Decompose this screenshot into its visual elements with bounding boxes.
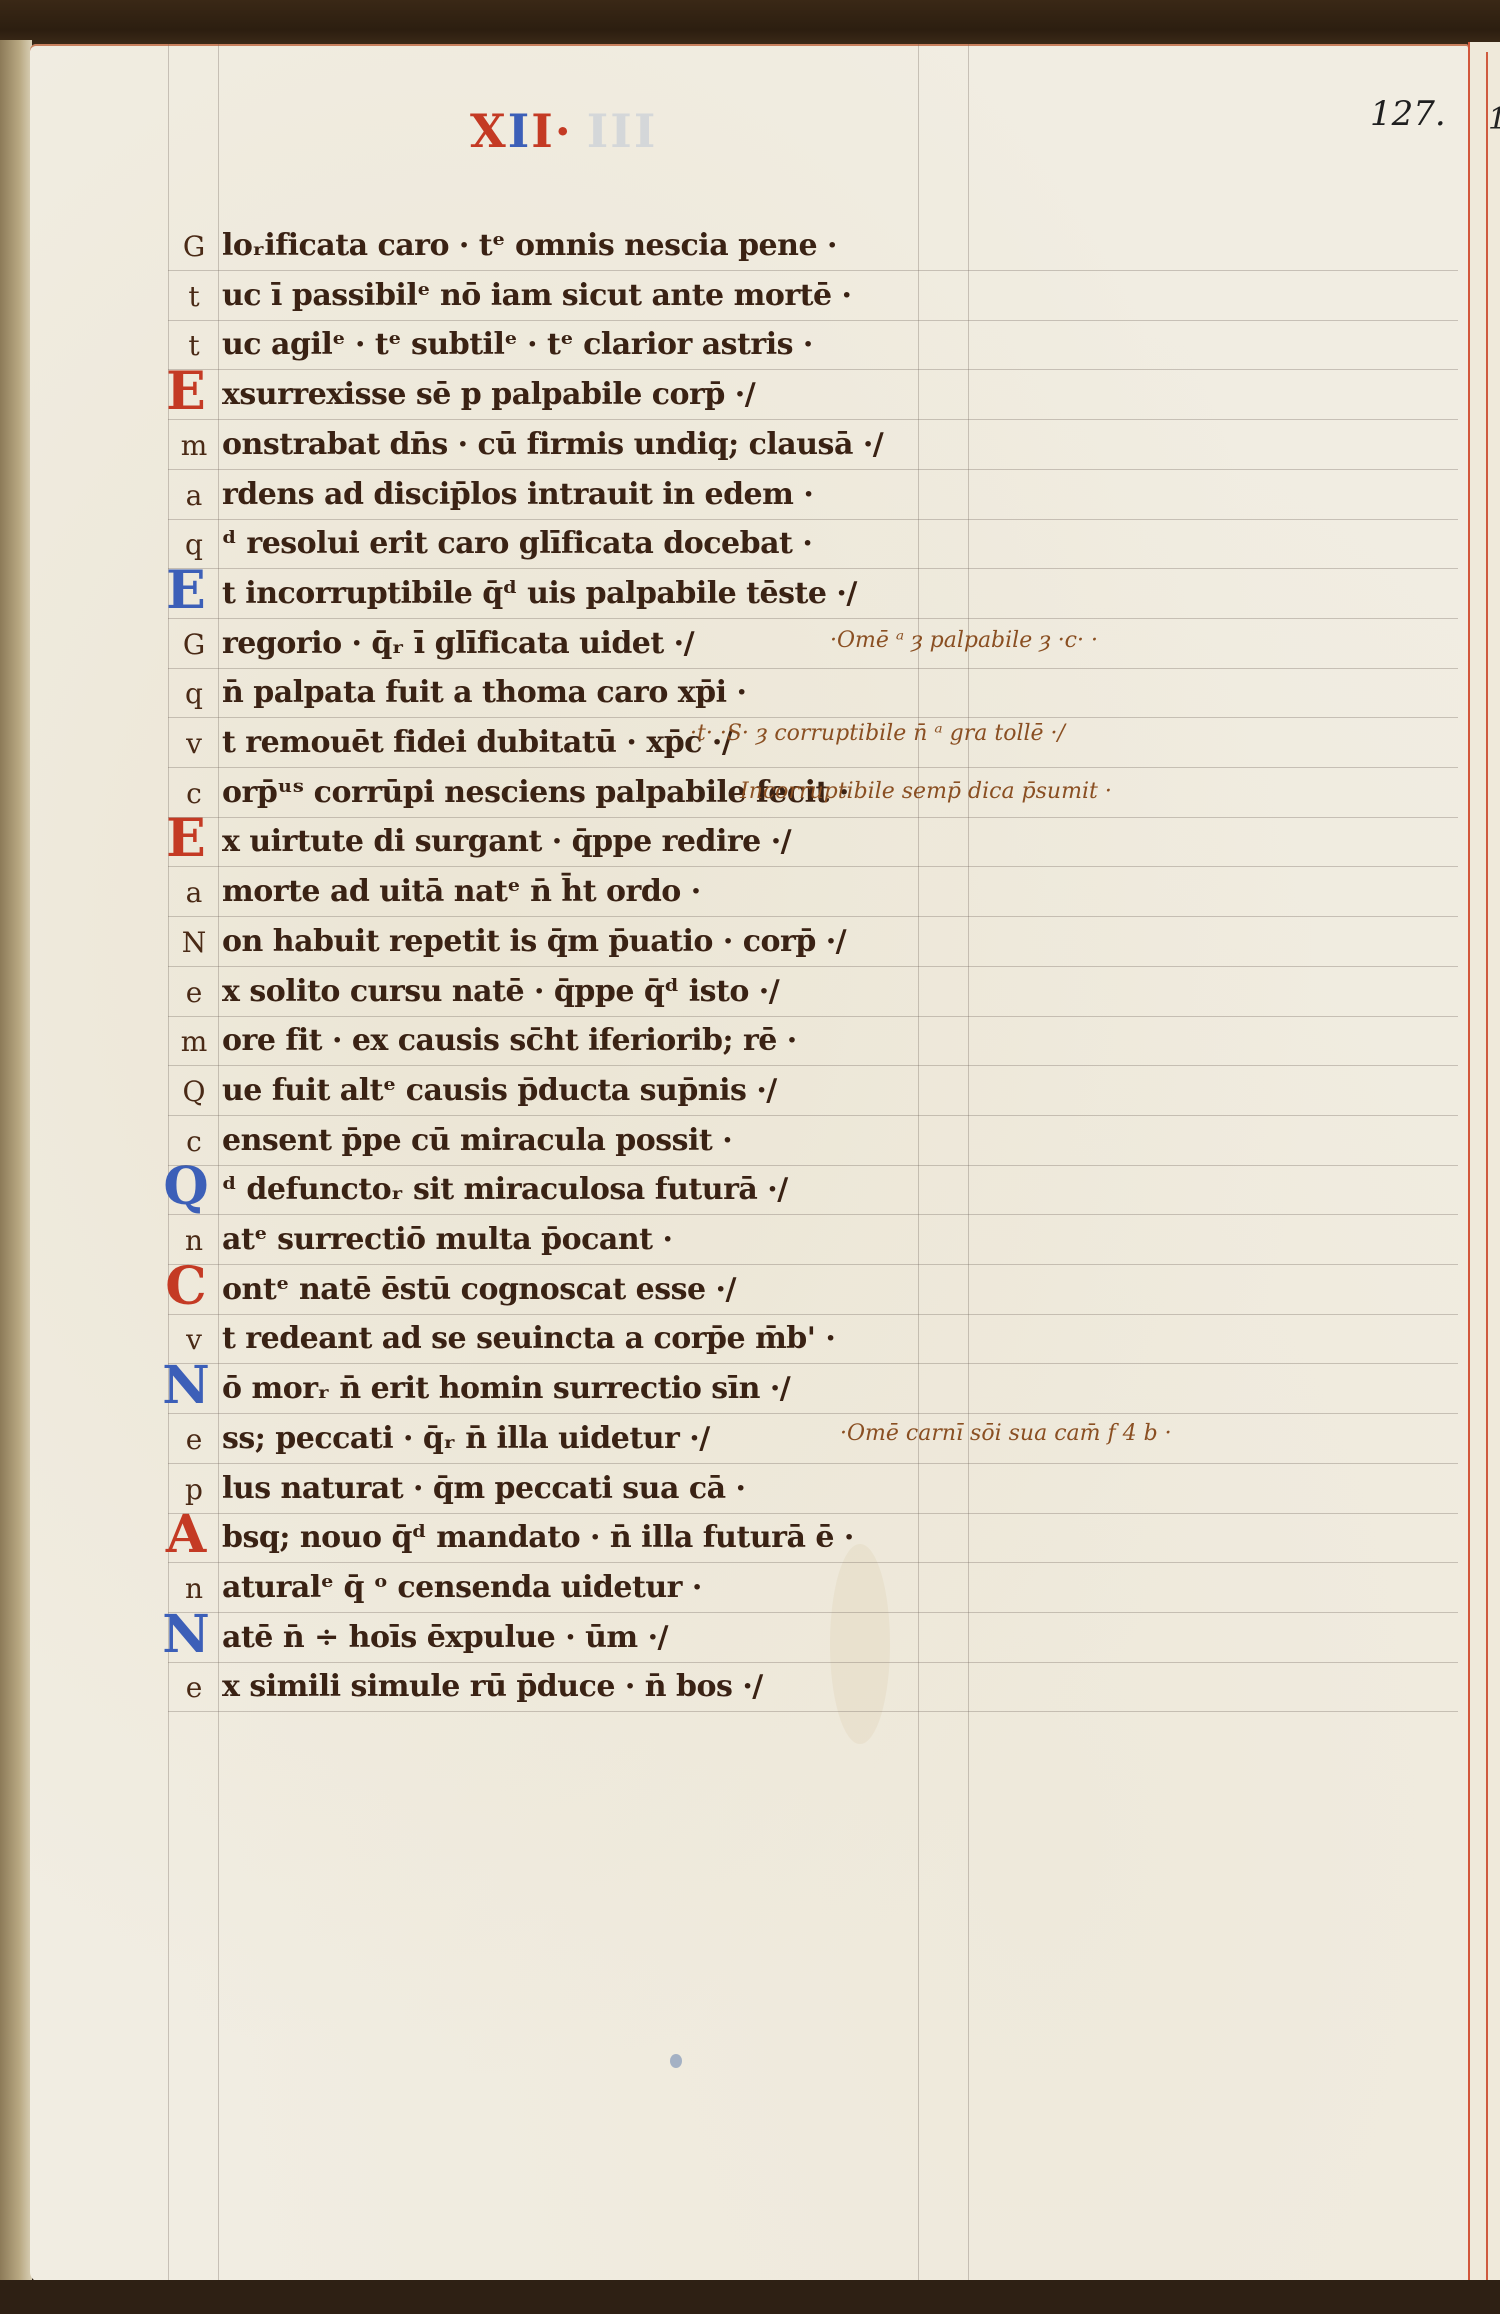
chapter-heading: XII·III bbox=[470, 104, 657, 158]
guide-letter: e bbox=[170, 1671, 218, 1704]
manuscript-line: naturalᵉ q̄ ᵒ censenda uidetur · bbox=[170, 1566, 930, 1616]
ruling-line bbox=[168, 1463, 1458, 1464]
line-text: xsurrexisse sē p palpabile corp̄ ·/ bbox=[222, 377, 755, 412]
guide-letter: a bbox=[170, 876, 218, 909]
line-text: on habuit repetit is q̄m p̄uatio · corp̄… bbox=[222, 924, 846, 959]
line-text: x simili simule rū p̄duce · n̄ bos ·/ bbox=[222, 1669, 763, 1704]
line-text: ore fit · ex causis sc̄ht iferiorib; rē … bbox=[222, 1023, 797, 1058]
line-text: n̄ palpata fuit a thoma caro xp̄i · bbox=[222, 675, 746, 710]
line-text: ontᵉ natē ēstū cognoscat esse ·/ bbox=[222, 1272, 736, 1307]
manuscript-line: ardens ad discip̄los intrauit in edem · bbox=[170, 473, 930, 523]
manuscript-line: Natē n̄ ÷ hoīs ēxpulue · ūm ·/ bbox=[170, 1616, 930, 1666]
line-text: loᵣificata caro · tᵉ omnis nescia pene · bbox=[222, 228, 837, 263]
ruling-line bbox=[168, 717, 1458, 718]
line-text: atᵉ surrectiō multa p̄ocant · bbox=[222, 1222, 672, 1257]
line-text: ue fuit altᵉ causis p̄ducta sup̄nis ·/ bbox=[222, 1073, 777, 1108]
guide-letter: c bbox=[170, 1125, 218, 1158]
ruling-line bbox=[168, 1513, 1458, 1514]
ruling-line bbox=[168, 1363, 1458, 1364]
ruling-line bbox=[168, 1065, 1458, 1066]
ruling-line bbox=[168, 866, 1458, 867]
guide-letter: v bbox=[170, 1323, 218, 1356]
line-text: ensent p̄pe cū miracula possit · bbox=[222, 1123, 732, 1158]
line-text: ō morᵣ n̄ erit homin surrectio sīn ·/ bbox=[222, 1371, 790, 1406]
guide-letter: m bbox=[170, 1025, 218, 1058]
ruling-line bbox=[168, 916, 1458, 917]
line-text: onstrabat dn̄s · cū firmis undiq; clausā… bbox=[222, 427, 883, 462]
manuscript-line: Que fuit altᵉ causis p̄ducta sup̄nis ·/ bbox=[170, 1069, 930, 1119]
guide-letter: n bbox=[170, 1572, 218, 1605]
next-leaf-number: 12 bbox=[1488, 102, 1500, 137]
guide-letter: G bbox=[170, 628, 218, 661]
manuscript-line: Absq; nouo q̄ᵈ mandato · n̄ illa futurā … bbox=[170, 1516, 930, 1566]
ink-spot bbox=[670, 2054, 682, 2068]
line-text: ᵈ resolui erit caro glīficata docebat · bbox=[222, 526, 812, 561]
line-text: uc ī passibilᵉ nō iam sicut ante mortē · bbox=[222, 278, 851, 313]
manuscript-line: Nō morᵣ n̄ erit homin surrectio sīn ·/ bbox=[170, 1367, 930, 1417]
ruling-line bbox=[168, 1165, 1458, 1166]
manuscript-line: monstrabat dn̄s · cū firmis undiq; claus… bbox=[170, 423, 930, 473]
manuscript-line: Exsurrexisse sē p palpabile corp̄ ·/ bbox=[170, 373, 930, 423]
marginal-gloss: Incorruptibile semp̄ dica p̄sumit · bbox=[740, 779, 1112, 804]
line-text: x solito cursu natē · q̄ppe q̄ᵈ isto ·/ bbox=[222, 974, 779, 1009]
guide-letter: c bbox=[170, 777, 218, 810]
line-text: t redeant ad se seuincta a corp̄e m̄b' · bbox=[222, 1321, 835, 1356]
ruling-line bbox=[168, 1016, 1458, 1017]
ruling-line bbox=[168, 1314, 1458, 1315]
red-page-edge bbox=[1486, 52, 1488, 2302]
guide-letter: p bbox=[170, 1473, 218, 1506]
ruling-line bbox=[168, 270, 1458, 271]
manuscript-line: Contᵉ natē ēstū cognoscat esse ·/ bbox=[170, 1268, 930, 1318]
marginal-gloss: ·Omē carnī sōi sua cam̄ f 4 b · bbox=[840, 1421, 1172, 1446]
manuscript-line: qᵈ resolui erit caro glīficata docebat · bbox=[170, 522, 930, 572]
line-text: ss; peccati · q̄ᵣ n̄ illa uidetur ·/ bbox=[222, 1421, 710, 1456]
manuscript-line: natᵉ surrectiō multa p̄ocant · bbox=[170, 1218, 930, 1268]
ruling-line bbox=[168, 1214, 1458, 1215]
manuscript-line: amorte ad uitā natᵉ n̄ h̄t ordo · bbox=[170, 870, 930, 920]
manuscript-page: 127. XII·III Gloᵣificata caro · tᵉ omnis… bbox=[30, 44, 1468, 2282]
ruling-line bbox=[168, 419, 1458, 420]
guide-letter: N bbox=[170, 926, 218, 959]
manuscript-line: plus naturat · q̄m peccati sua cā · bbox=[170, 1467, 930, 1517]
chapter-heading-blue: I bbox=[508, 104, 532, 158]
ruling-line bbox=[168, 519, 1458, 520]
manuscript-line: ess; peccati · q̄ᵣ n̄ illa uidetur ·/ bbox=[170, 1417, 930, 1467]
line-text: x uirtute di surgant · q̄ppe redire ·/ bbox=[222, 824, 791, 859]
manuscript-line: Gregorio · q̄ᵣ ī glīficata uidet ·/ bbox=[170, 622, 930, 672]
line-text: bsq; nouo q̄ᵈ mandato · n̄ illa futurā ē… bbox=[222, 1520, 854, 1555]
line-text: morte ad uitā natᵉ n̄ h̄t ordo · bbox=[222, 874, 701, 909]
manuscript-line: Et incorruptibile q̄ᵈ uis palpabile tēst… bbox=[170, 572, 930, 622]
guide-letter: G bbox=[170, 230, 218, 263]
manuscript-line: tuc agilᵉ · tᵉ subtilᵉ · tᵉ clarior astr… bbox=[170, 323, 930, 373]
book-gutter bbox=[0, 40, 32, 2280]
ruling-line bbox=[168, 320, 1458, 321]
chapter-heading-red: X bbox=[470, 104, 508, 158]
guide-letter: q bbox=[170, 677, 218, 710]
line-text: t remouēt fidei dubitatū · xp̄c ·/ bbox=[222, 725, 732, 760]
ruling-line bbox=[168, 668, 1458, 669]
line-text: regorio · q̄ᵣ ī glīficata uidet ·/ bbox=[222, 626, 694, 661]
ruling-line bbox=[168, 568, 1458, 569]
manuscript-line: vt redeant ad se seuincta a corp̄e m̄b' … bbox=[170, 1317, 930, 1367]
ruling-line bbox=[168, 369, 1458, 370]
manuscript-line: Ex uirtute di surgant · q̄ppe redire ·/ bbox=[170, 820, 930, 870]
manuscript-line: tuc ī passibilᵉ nō iam sicut ante mortē … bbox=[170, 274, 930, 324]
ruling-line bbox=[168, 618, 1458, 619]
manuscript-line: Gloᵣificata caro · tᵉ omnis nescia pene … bbox=[170, 224, 930, 274]
ruling-line bbox=[168, 469, 1458, 470]
line-text: ᵈ defunctoᵣ sit miraculosa futurā ·/ bbox=[222, 1172, 788, 1207]
ruling-line bbox=[168, 1413, 1458, 1414]
line-text: lus naturat · q̄m peccati sua cā · bbox=[222, 1471, 745, 1506]
guide-letter: v bbox=[170, 727, 218, 760]
ruling-line bbox=[168, 767, 1458, 768]
guide-letter: m bbox=[170, 429, 218, 462]
ruling-line bbox=[168, 1612, 1458, 1613]
line-text: atē n̄ ÷ hoīs ēxpulue · ūm ·/ bbox=[222, 1620, 668, 1655]
guide-letter: n bbox=[170, 1224, 218, 1257]
manuscript-line: more fit · ex causis sc̄ht iferiorib; rē… bbox=[170, 1019, 930, 1069]
ruling-line bbox=[168, 817, 1458, 818]
chapter-heading-red-tail: I· bbox=[531, 104, 573, 158]
ruling-line bbox=[168, 1562, 1458, 1563]
guide-letter: e bbox=[170, 976, 218, 1009]
ruling-line bbox=[168, 1264, 1458, 1265]
line-text: aturalᵉ q̄ ᵒ censenda uidetur · bbox=[222, 1570, 702, 1605]
folio-number: 127. bbox=[1370, 94, 1446, 134]
marginal-gloss: ·t· ·S· ȝ corruptibile n̄ ᵃ gra tollē ·/ bbox=[690, 721, 1065, 746]
manuscript-line: censent p̄pe cū miracula possit · bbox=[170, 1119, 930, 1169]
guide-letter: t bbox=[170, 329, 218, 362]
book-binding-bottom bbox=[0, 2280, 1500, 2314]
line-text: t incorruptibile q̄ᵈ uis palpabile tēste… bbox=[222, 576, 857, 611]
guide-letter: t bbox=[170, 280, 218, 313]
manuscript-line: ex solito cursu natē · q̄ppe q̄ᵈ isto ·/ bbox=[170, 970, 930, 1020]
guide-letter: a bbox=[170, 479, 218, 512]
guide-letter: e bbox=[170, 1423, 218, 1456]
manuscript-line: qn̄ palpata fuit a thoma caro xp̄i · bbox=[170, 671, 930, 721]
ruling-line bbox=[968, 44, 969, 2282]
line-text: rdens ad discip̄los intrauit in edem · bbox=[222, 477, 813, 512]
manuscript-line: ex simili simule rū p̄duce · n̄ bos ·/ bbox=[170, 1665, 930, 1715]
chapter-heading-show-through: III bbox=[587, 104, 658, 158]
ruling-line bbox=[168, 1662, 1458, 1663]
line-text: uc agilᵉ · tᵉ subtilᵉ · tᵉ clarior astri… bbox=[222, 327, 813, 362]
manuscript-line: Non habuit repetit is q̄m p̄uatio · corp… bbox=[170, 920, 930, 970]
manuscript-line: Qᵈ defunctoᵣ sit miraculosa futurā ·/ bbox=[170, 1168, 930, 1218]
ruling-line bbox=[168, 966, 1458, 967]
guide-letter: Q bbox=[170, 1075, 218, 1108]
ruling-line bbox=[168, 1115, 1458, 1116]
marginal-gloss: ·Omē ᵃ ȝ palpabile ȝ ·c· · bbox=[830, 628, 1098, 653]
ruling-line bbox=[168, 1711, 1458, 1712]
guide-letter: q bbox=[170, 528, 218, 561]
next-leaf-edge: 12 bbox=[1468, 42, 1500, 2302]
